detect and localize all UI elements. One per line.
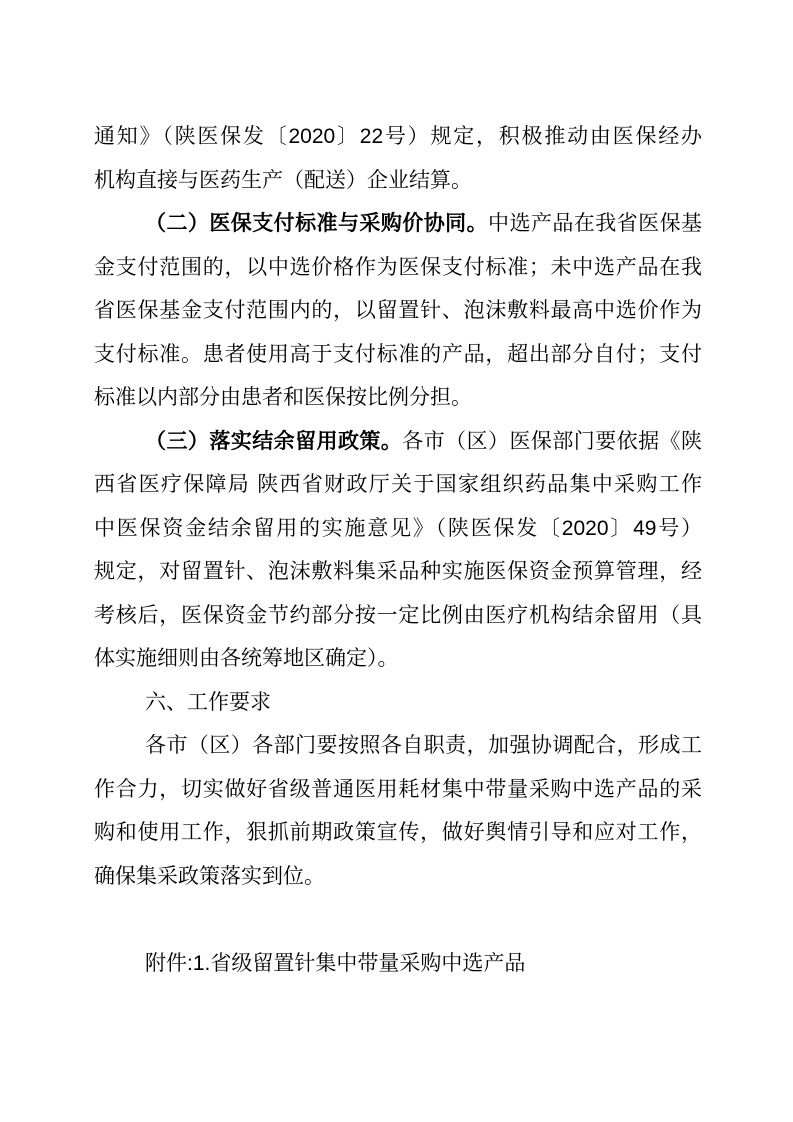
continued-paragraph-settlement: 通知》（陕医保发〔2020〕22号）规定，积极推动由医保经办机构直接与医药生产（…	[94, 115, 702, 202]
text-line: 六、工作要求	[94, 681, 702, 725]
text-line: （三）落实结余留用政策。各市（区）医保部门要依据《陕	[94, 420, 702, 464]
text-run: 作合力，切实做好省级普通医用耗材集中带量采购中选产品的采	[94, 778, 702, 801]
text-run: 西省医疗保障局 陕西省财政厅关于国家组织药品集中采购工作	[94, 473, 702, 496]
text-line: 作合力，切实做好省级普通医用耗材集中带量采购中选产品的采	[94, 768, 702, 812]
text-line: 考核后，医保资金节约部分按一定比例由医疗机构结余留用（具	[94, 594, 702, 638]
text-line: 各市（区）各部门要按照各自职责，加强协调配合，形成工	[94, 724, 702, 768]
document-body: 通知》（陕医保发〔2020〕22号）规定，积极推动由医保经办机构直接与医药生产（…	[94, 115, 702, 985]
blank-line	[94, 898, 702, 942]
heading-work-requirements: 六、工作要求	[94, 681, 702, 725]
text-run: 附件:1.省级留置针集中带量采购中选产品	[145, 952, 525, 975]
text-line: 机构直接与医药生产（配送）企业结算。	[94, 159, 702, 203]
text-line: 西省医疗保障局 陕西省财政厅关于国家组织药品集中采购工作	[94, 463, 702, 507]
text-line: 省医保基金支付范围内的，以留置针、泡沫敷料最高中选价作为	[94, 289, 702, 333]
text-run: 购和使用工作，狠抓前期政策宣传，做好舆情引导和应对工作，	[94, 821, 702, 844]
text-line: 中医保资金结余留用的实施意见》（陕医保发〔2020〕49号）	[94, 507, 702, 551]
text-run: 金支付范围的，以中选价格作为医保支付标准；未中选产品在我	[94, 256, 702, 279]
document-page: 通知》（陕医保发〔2020〕22号）规定，积极推动由医保经办机构直接与医药生产（…	[0, 0, 793, 1122]
text-run: 省医保基金支付范围内的，以留置针、泡沫敷料最高中选价作为	[94, 299, 702, 322]
text-run: 机构直接与医药生产（配送）企业结算。	[94, 169, 472, 192]
text-run: 规定，对留置针、泡沫敷料集采品种实施医保资金预算管理，经	[94, 560, 702, 583]
text-run: 体实施细则由各统筹地区确定）。	[94, 647, 399, 670]
text-line: 金支付范围的，以中选价格作为医保支付标准；未中选产品在我	[94, 246, 702, 290]
text-run: 支付标准。患者使用高于支付标准的产品，超出部分自付；支付	[94, 343, 702, 366]
text-run: 标准以内部分由患者和医保按比例分担。	[94, 386, 472, 409]
text-line: 规定，对留置针、泡沫敷料集采品种实施医保资金预算管理，经	[94, 550, 702, 594]
text-run: 中医保资金结余留用的实施意见》（陕医保发〔2020〕49号）	[94, 517, 702, 540]
text-run: 各市（区）医保部门要依据《陕	[402, 430, 702, 453]
text-run: 中选产品在我省医保基	[488, 212, 702, 235]
bold-heading-run: （二）医保支付标准与采购价协同。	[145, 212, 488, 235]
work-requirements-paragraph: 各市（区）各部门要按照各自职责，加强协调配合，形成工作合力，切实做好省级普通医用…	[94, 724, 702, 898]
text-run: 通知》（陕医保发〔2020〕22号）规定，积极推动由医保经办	[94, 125, 702, 148]
text-line: 标准以内部分由患者和医保按比例分担。	[94, 376, 702, 420]
text-line: 附件:1.省级留置针集中带量采购中选产品	[94, 942, 702, 986]
bold-heading-run: （三）落实结余留用政策。	[145, 430, 402, 453]
attachment-line: 附件:1.省级留置针集中带量采购中选产品	[94, 942, 702, 986]
text-line: 购和使用工作，狠抓前期政策宣传，做好舆情引导和应对工作，	[94, 811, 702, 855]
text-line: 体实施细则由各统筹地区确定）。	[94, 637, 702, 681]
text-line: 支付标准。患者使用高于支付标准的产品，超出部分自付；支付	[94, 333, 702, 377]
text-line: （二）医保支付标准与采购价协同。中选产品在我省医保基	[94, 202, 702, 246]
text-run: 确保集采政策落实到位。	[94, 865, 325, 888]
text-run: 各市（区）各部门要按照各自职责，加强协调配合，形成工	[145, 734, 702, 757]
text-run: 考核后，医保资金节约部分按一定比例由医疗机构结余留用（具	[94, 604, 702, 627]
text-line: 通知》（陕医保发〔2020〕22号）规定，积极推动由医保经办	[94, 115, 702, 159]
section-2-payment-standard-paragraph: （二）医保支付标准与采购价协同。中选产品在我省医保基金支付范围的，以中选价格作为…	[94, 202, 702, 420]
section-3-surplus-retention-paragraph: （三）落实结余留用政策。各市（区）医保部门要依据《陕西省医疗保障局 陕西省财政厅…	[94, 420, 702, 681]
text-line: 确保集采政策落实到位。	[94, 855, 702, 899]
text-run: 六、工作要求	[145, 691, 271, 714]
